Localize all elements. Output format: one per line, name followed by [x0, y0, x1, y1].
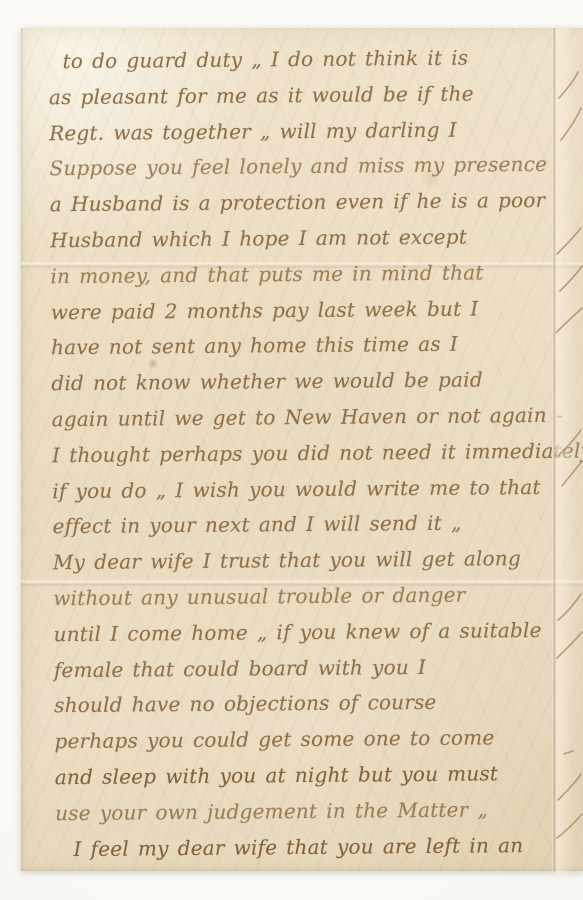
handwriting-line: did not know whether we would be paid: [51, 362, 559, 402]
handwriting-line: Suppose you feel lonely and miss my pres…: [49, 147, 557, 187]
handwriting-line: perhaps you could get some one to come: [54, 720, 562, 760]
handwriting-line: use your own judgement in the Matter „: [55, 792, 563, 832]
handwriting-line: effect in your next and I will send it „: [52, 505, 560, 545]
handwriting-line: and sleep with you at night but you must: [55, 756, 563, 796]
handwriting-line: My dear wife I trust that you will get a…: [53, 541, 561, 581]
handwriting-line: should have no objections of course: [54, 684, 562, 724]
handwriting-line: again until we get to New Haven or not a…: [52, 398, 560, 438]
adjacent-page-edge: [556, 28, 583, 875]
scanned-letter-image: to do guard duty „ I do not think it isa…: [0, 0, 583, 900]
handwriting-line: to do guard duty „ I do not think it is: [62, 40, 556, 80]
handwriting-line: I thought perhaps you did not need it im…: [52, 434, 560, 474]
handwriting-line: until I come home „ if you knew of a sui…: [53, 613, 561, 653]
handwriting-line: in money, and that puts me in mind that: [50, 255, 558, 295]
handwriting-line: a Husband is a protection even if he is …: [50, 183, 558, 223]
handwriting-line: Husband which I hope I am not except: [50, 219, 558, 259]
handwriting-line: without any unusual trouble or danger: [53, 577, 561, 617]
letter-page: to do guard duty „ I do not think it isa…: [21, 28, 583, 871]
handwriting-block: to do guard duty „ I do not think it isa…: [48, 40, 563, 868]
handwriting-line: as pleasant for me as it would be if the: [49, 76, 557, 116]
handwriting-line: if you do „ I wish you would write me to…: [52, 469, 560, 509]
adjacent-page-ink-fragments: [556, 28, 583, 875]
handwriting-line: have not sent any home this time as I: [51, 326, 559, 366]
handwriting-line: Regt. was together „ will my darling I: [49, 111, 557, 151]
handwriting-line: female that could board with you I: [54, 648, 562, 688]
handwriting-line: I feel my dear wife that you are left in…: [73, 827, 563, 867]
handwriting-line: were paid 2 months pay last week but I: [51, 290, 559, 330]
